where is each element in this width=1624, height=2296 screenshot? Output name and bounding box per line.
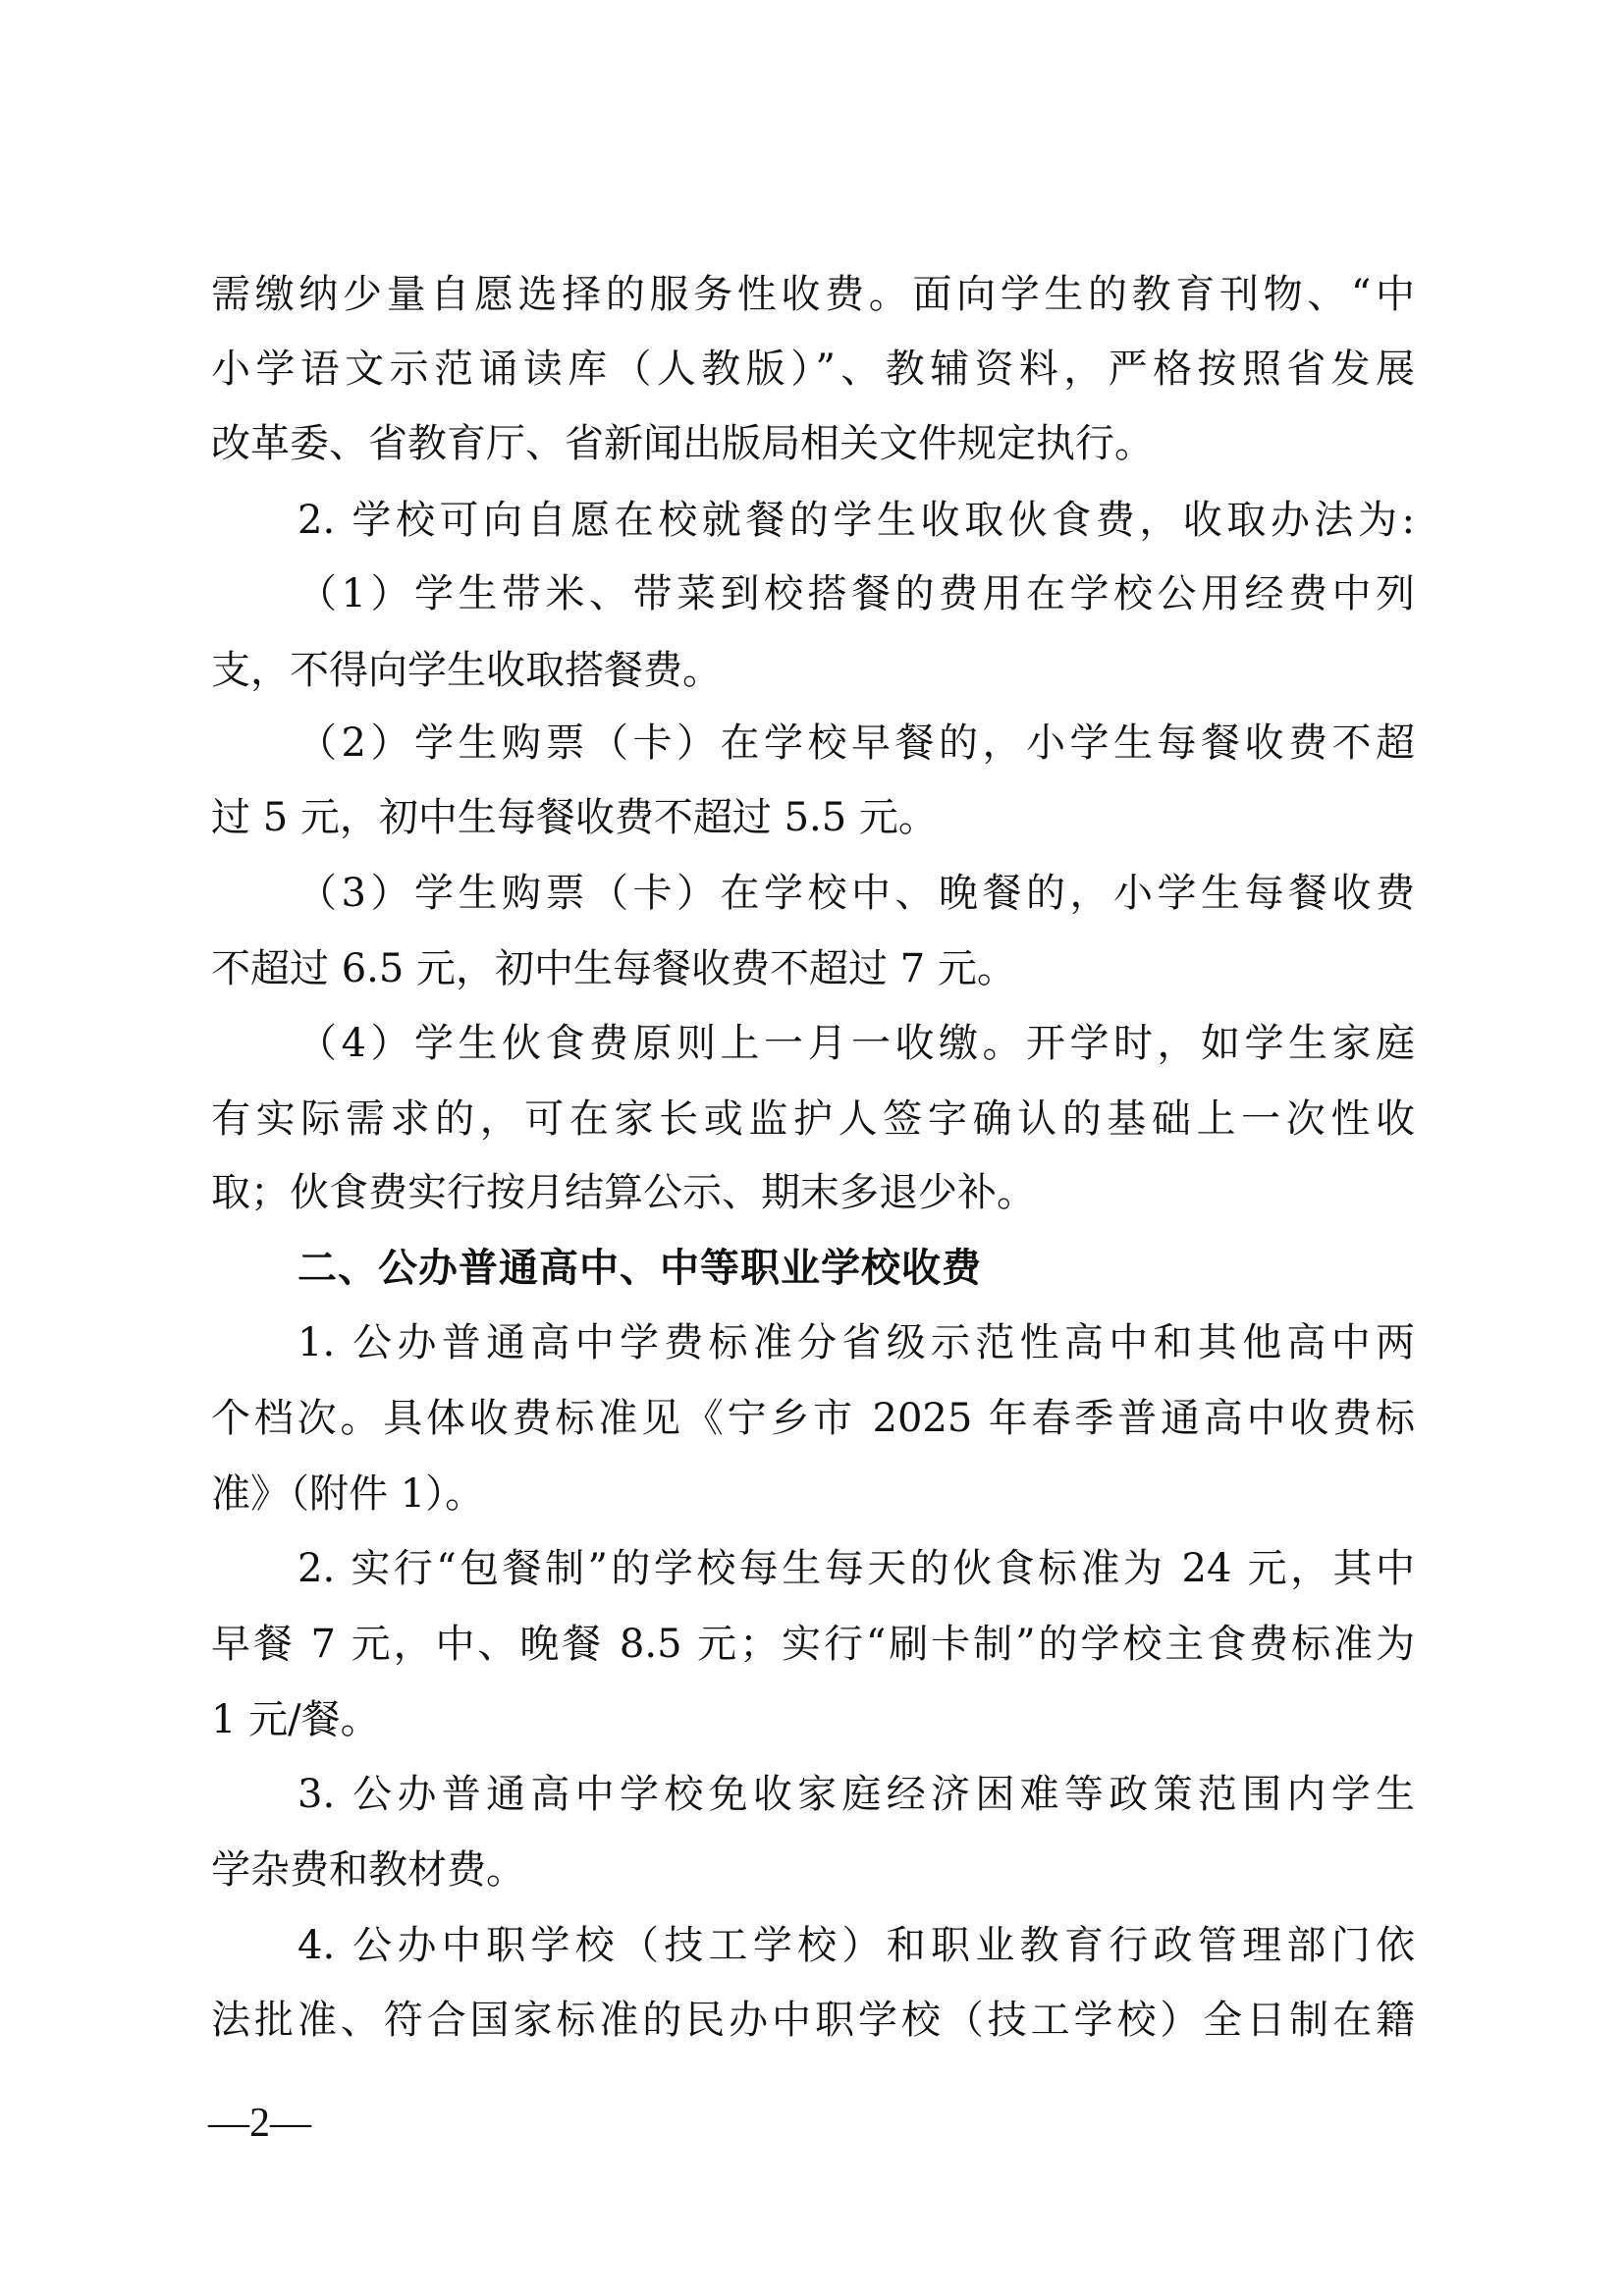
document-page: 需缴纳少量自愿选择的服务性收费。面向学生的教育刊物、“中 小学语文示范诵读库（人… (0, 0, 1624, 2296)
section2-item-2-cont-1: 早餐 7 元，中、晚餐 8.5 元；实行“刷卡制”的学校主食费标准为 (211, 1615, 1415, 1674)
section2-item-4-cont: 法批准、符合国家标准的民办中职学校（技工学校）全日制在籍 (211, 1991, 1415, 2050)
body-line-3: 改革委、省教育厅、省新闻出版局相关文件规定执行。 (211, 414, 1415, 473)
section2-item-1-cont-2: 准》（附件 1）。 (211, 1465, 1415, 1523)
section-heading-2: 二、公办普通高中、中等职业学校收费 (298, 1239, 1415, 1298)
section2-item-2-cont-2: 1 元/餐。 (211, 1690, 1415, 1749)
section2-item-3-cont: 学杂费和教材费。 (211, 1841, 1415, 1899)
sub-item-1: （1）学生带米、带菜到校搭餐的费用在学校公用经费中列 (298, 564, 1415, 623)
section2-item-3: 3. 公办普通高中学校免收家庭经济困难等政策范围内学生 (298, 1765, 1415, 1824)
sub-item-3: （3）学生购票（卡）在学校中、晚餐的，小学生每餐收费 (298, 864, 1415, 923)
section2-item-1: 1. 公办普通高中学费标准分省级示范性高中和其他高中两 (298, 1313, 1415, 1372)
section2-item-4: 4. 公办中职学校（技工学校）和职业教育行政管理部门依 (298, 1916, 1415, 1975)
sub-item-2: （2）学生购票（卡）在学校早餐的，小学生每餐收费不超 (298, 714, 1415, 773)
section2-item-1-cont-1: 个档次。具体收费标准见《宁乡市 2025 年春季普通高中收费标 (211, 1389, 1415, 1448)
sub-item-4-cont-1: 有实际需求的，可在家长或监护人签字确认的基础上一次性收 (211, 1090, 1415, 1148)
sub-item-4: （4）学生伙食费原则上一月一收缴。开学时，如学生家庭 (298, 1014, 1415, 1073)
body-line-1: 需缴纳少量自愿选择的服务性收费。面向学生的教育刊物、“中 (211, 265, 1415, 324)
sub-item-2-cont: 过 5 元，初中生每餐收费不超过 5.5 元。 (211, 788, 1415, 847)
section2-item-2: 2. 实行“包餐制”的学校每生每天的伙食标准为 24 元，其中 (298, 1539, 1415, 1598)
sub-item-4-cont-2: 取；伙食费实行按月结算公示、期末多退少补。 (211, 1163, 1415, 1222)
body-line-2: 小学语文示范诵读库（人教版）”、教辅资料，严格按照省发展 (211, 340, 1415, 399)
paragraph-item-2: 2. 学校可向自愿在校就餐的学生收取伙食费，收取办法为: (298, 491, 1415, 550)
page-number: —2— (208, 2099, 311, 2148)
sub-item-3-cont: 不超过 6.5 元，初中生每餐收费不超过 7 元。 (211, 939, 1415, 998)
sub-item-1-cont: 支，不得向学生收取搭餐费。 (211, 641, 1415, 700)
